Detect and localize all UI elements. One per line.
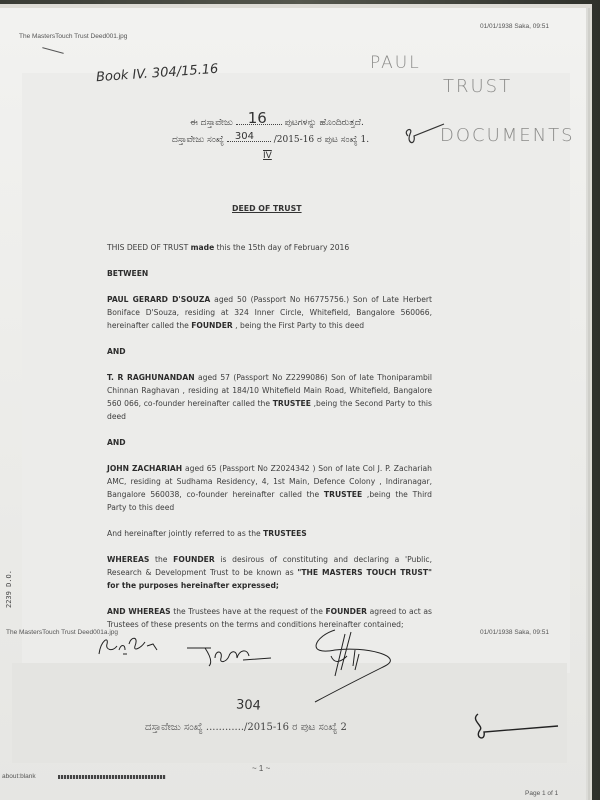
document-page: The MastersTouch Trust Deed001.jpg 01/01… [0, 8, 586, 800]
barcode [58, 775, 166, 779]
signature-trustee-2 [295, 626, 415, 706]
stamp-line-1: ಈ ದಸ್ತಾವೇಜು 16 ಪುಟಗಳನ್ನು ಹೊಂದಿರುತ್ತದೆ. [190, 118, 364, 128]
signature-founder [95, 630, 165, 658]
signature-trustee-1 [185, 638, 275, 668]
stamp-book-number: IV [263, 151, 272, 161]
print-footer-url: about:blank [2, 773, 36, 780]
and-label-1: AND [107, 345, 432, 358]
party-2-paragraph: T. R RAGHUNANDAN aged 57 (Passport No Z2… [107, 371, 432, 423]
deed-body: THIS DEED OF TRUST made this the 15th da… [107, 241, 432, 644]
pencil-note-paul: PAUL [370, 53, 421, 73]
party-3-paragraph: JOHN ZACHARIAH aged 65 (Passport No Z202… [107, 462, 432, 514]
between-label: BETWEEN [107, 267, 432, 280]
page-number: ~ 1 ~ [252, 764, 270, 773]
pencil-note-documents: DOCUMENTS [440, 125, 575, 146]
initial-mark-bottom [468, 708, 563, 748]
handwritten-page-count: 16 [248, 109, 267, 127]
document-title: DEED OF TRUST [232, 204, 302, 213]
jointly-paragraph: And hereinafter jointly referred to as t… [107, 527, 432, 540]
bottom-stamp-line: ದಸ್ತಾವೇಜು ಸಂಖ್ಯೆ ............/2015-16 ರ … [145, 722, 347, 733]
print-header-filename: The MastersTouch Trust Deed001.jpg [19, 33, 127, 40]
handwritten-bottom-number: 304 [236, 697, 262, 713]
initial-mark-top [400, 122, 450, 152]
pen-mark [42, 47, 64, 54]
handwritten-doc-number: 304 [235, 131, 254, 142]
intro-paragraph: THIS DEED OF TRUST made this the 15th da… [107, 241, 432, 254]
stamp-line-2: ದಸ್ತಾವೇಜು ಸಂಖ್ಯೆ 304 /2015-16 ರ ಪುಟ ಸಂಖ್… [172, 135, 369, 145]
print-footer-page: Page 1 of 1 [525, 790, 558, 797]
second-print-header-timestamp: 01/01/1938 Saka, 09:51 [480, 629, 549, 636]
margin-stamp: 2239 D.O. [5, 570, 13, 608]
and-label-2: AND [107, 436, 432, 449]
pencil-note-trust: TRUST [443, 76, 512, 97]
print-header-timestamp: 01/01/1938 Saka, 09:51 [480, 23, 549, 30]
whereas-paragraph-1: WHEREAS the FOUNDER is desirous of const… [107, 553, 432, 592]
party-1-paragraph: PAUL GERARD D'SOUZA aged 50 (Passport No… [107, 293, 432, 332]
